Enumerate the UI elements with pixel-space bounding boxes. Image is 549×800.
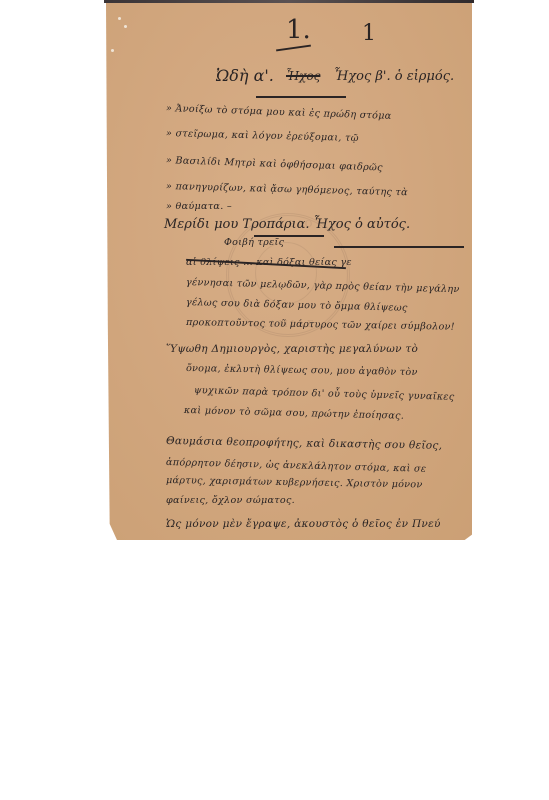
struck-word: Ἦχος — [286, 69, 320, 83]
text-line: » στεῖρωμα, καὶ λόγον ἐρεύξομαι, τῷ — [166, 128, 359, 144]
text-line: » πανηγυρίζων, καὶ ᾄσω γηθόμενος, ταύτης… — [166, 181, 408, 198]
text-line: Ὕψωθη Δημιουργὸς, χαριστὴς μεγαλύνων τὸ — [166, 343, 418, 355]
text-line: ἀπόρρητον δέησιν, ὡς ἀνεκλάλητον στόμα, … — [166, 457, 427, 475]
troparia-heading: Μερίδι μου Τροπάρια. Ἦχος ὁ αὐτός. — [164, 217, 464, 232]
paper-blemish — [124, 25, 127, 28]
text-line: φαίνεις, ὄχλον σώματος. — [166, 495, 295, 506]
text-line: ψυχικῶν παρὰ τρόπον δι' οὗ τοὺς ὑμνεῖς γ… — [194, 385, 455, 403]
text-line: » Ἀνοίξω τὸ στόμα μου καὶ ἐς πρώδη στόμα — [166, 103, 392, 122]
paper-blemish — [111, 49, 114, 52]
text-line: Φοιβή τρεῖς — [224, 237, 284, 248]
ode-heading: Ὠδὴ α'. — [216, 66, 274, 85]
paper-blemish — [118, 17, 121, 20]
text-line: Θαυμάσια θεοπροφήτης, καὶ δικαστὴς σου θ… — [166, 435, 443, 452]
text-line: προκοπτοῦντος τοῦ μάρτυρος τῶν χαίρει σύ… — [186, 317, 455, 333]
strikeout — [334, 246, 464, 248]
text-line: » θαύματα. – — [166, 201, 232, 212]
heading-underline — [256, 96, 346, 98]
mode-heading: Ἦχος β'. ὁ εἱρμός. — [334, 69, 454, 84]
manuscript-page: ΑΡΧΕΙΟ ΛΑΜΙΑΣ 1. 1 Ὠδὴ α'. Ἦχος Ἦχος β'.… — [106, 3, 472, 540]
text-line: Ὡς μόνον μὲν ἔγραψε, ἀκουστὸς ὁ θεῖος ἐν… — [166, 518, 441, 530]
page-number: 1. — [286, 15, 311, 45]
text-line: μάρτυς, χαρισμάτων κυβερνήσεις. Χριστὸν … — [166, 475, 423, 490]
scan-top-edge — [104, 0, 474, 3]
stamp-inner-ring — [255, 242, 317, 304]
text-line: » Βασιλίδι Μητρὶ καὶ ὀφθήσομαι φαιδρῶς — [166, 155, 383, 174]
text-line: καὶ μόνον τὸ σῶμα σου, πρώτην ἐποίησας. — [184, 405, 404, 422]
page-mark: 1 — [362, 21, 376, 46]
page-number-underline — [276, 45, 311, 52]
text-line: ὄνομα, ἐκλυτὴ θλίψεως σου, μου ἀγαθὸν τὸ… — [186, 363, 418, 378]
